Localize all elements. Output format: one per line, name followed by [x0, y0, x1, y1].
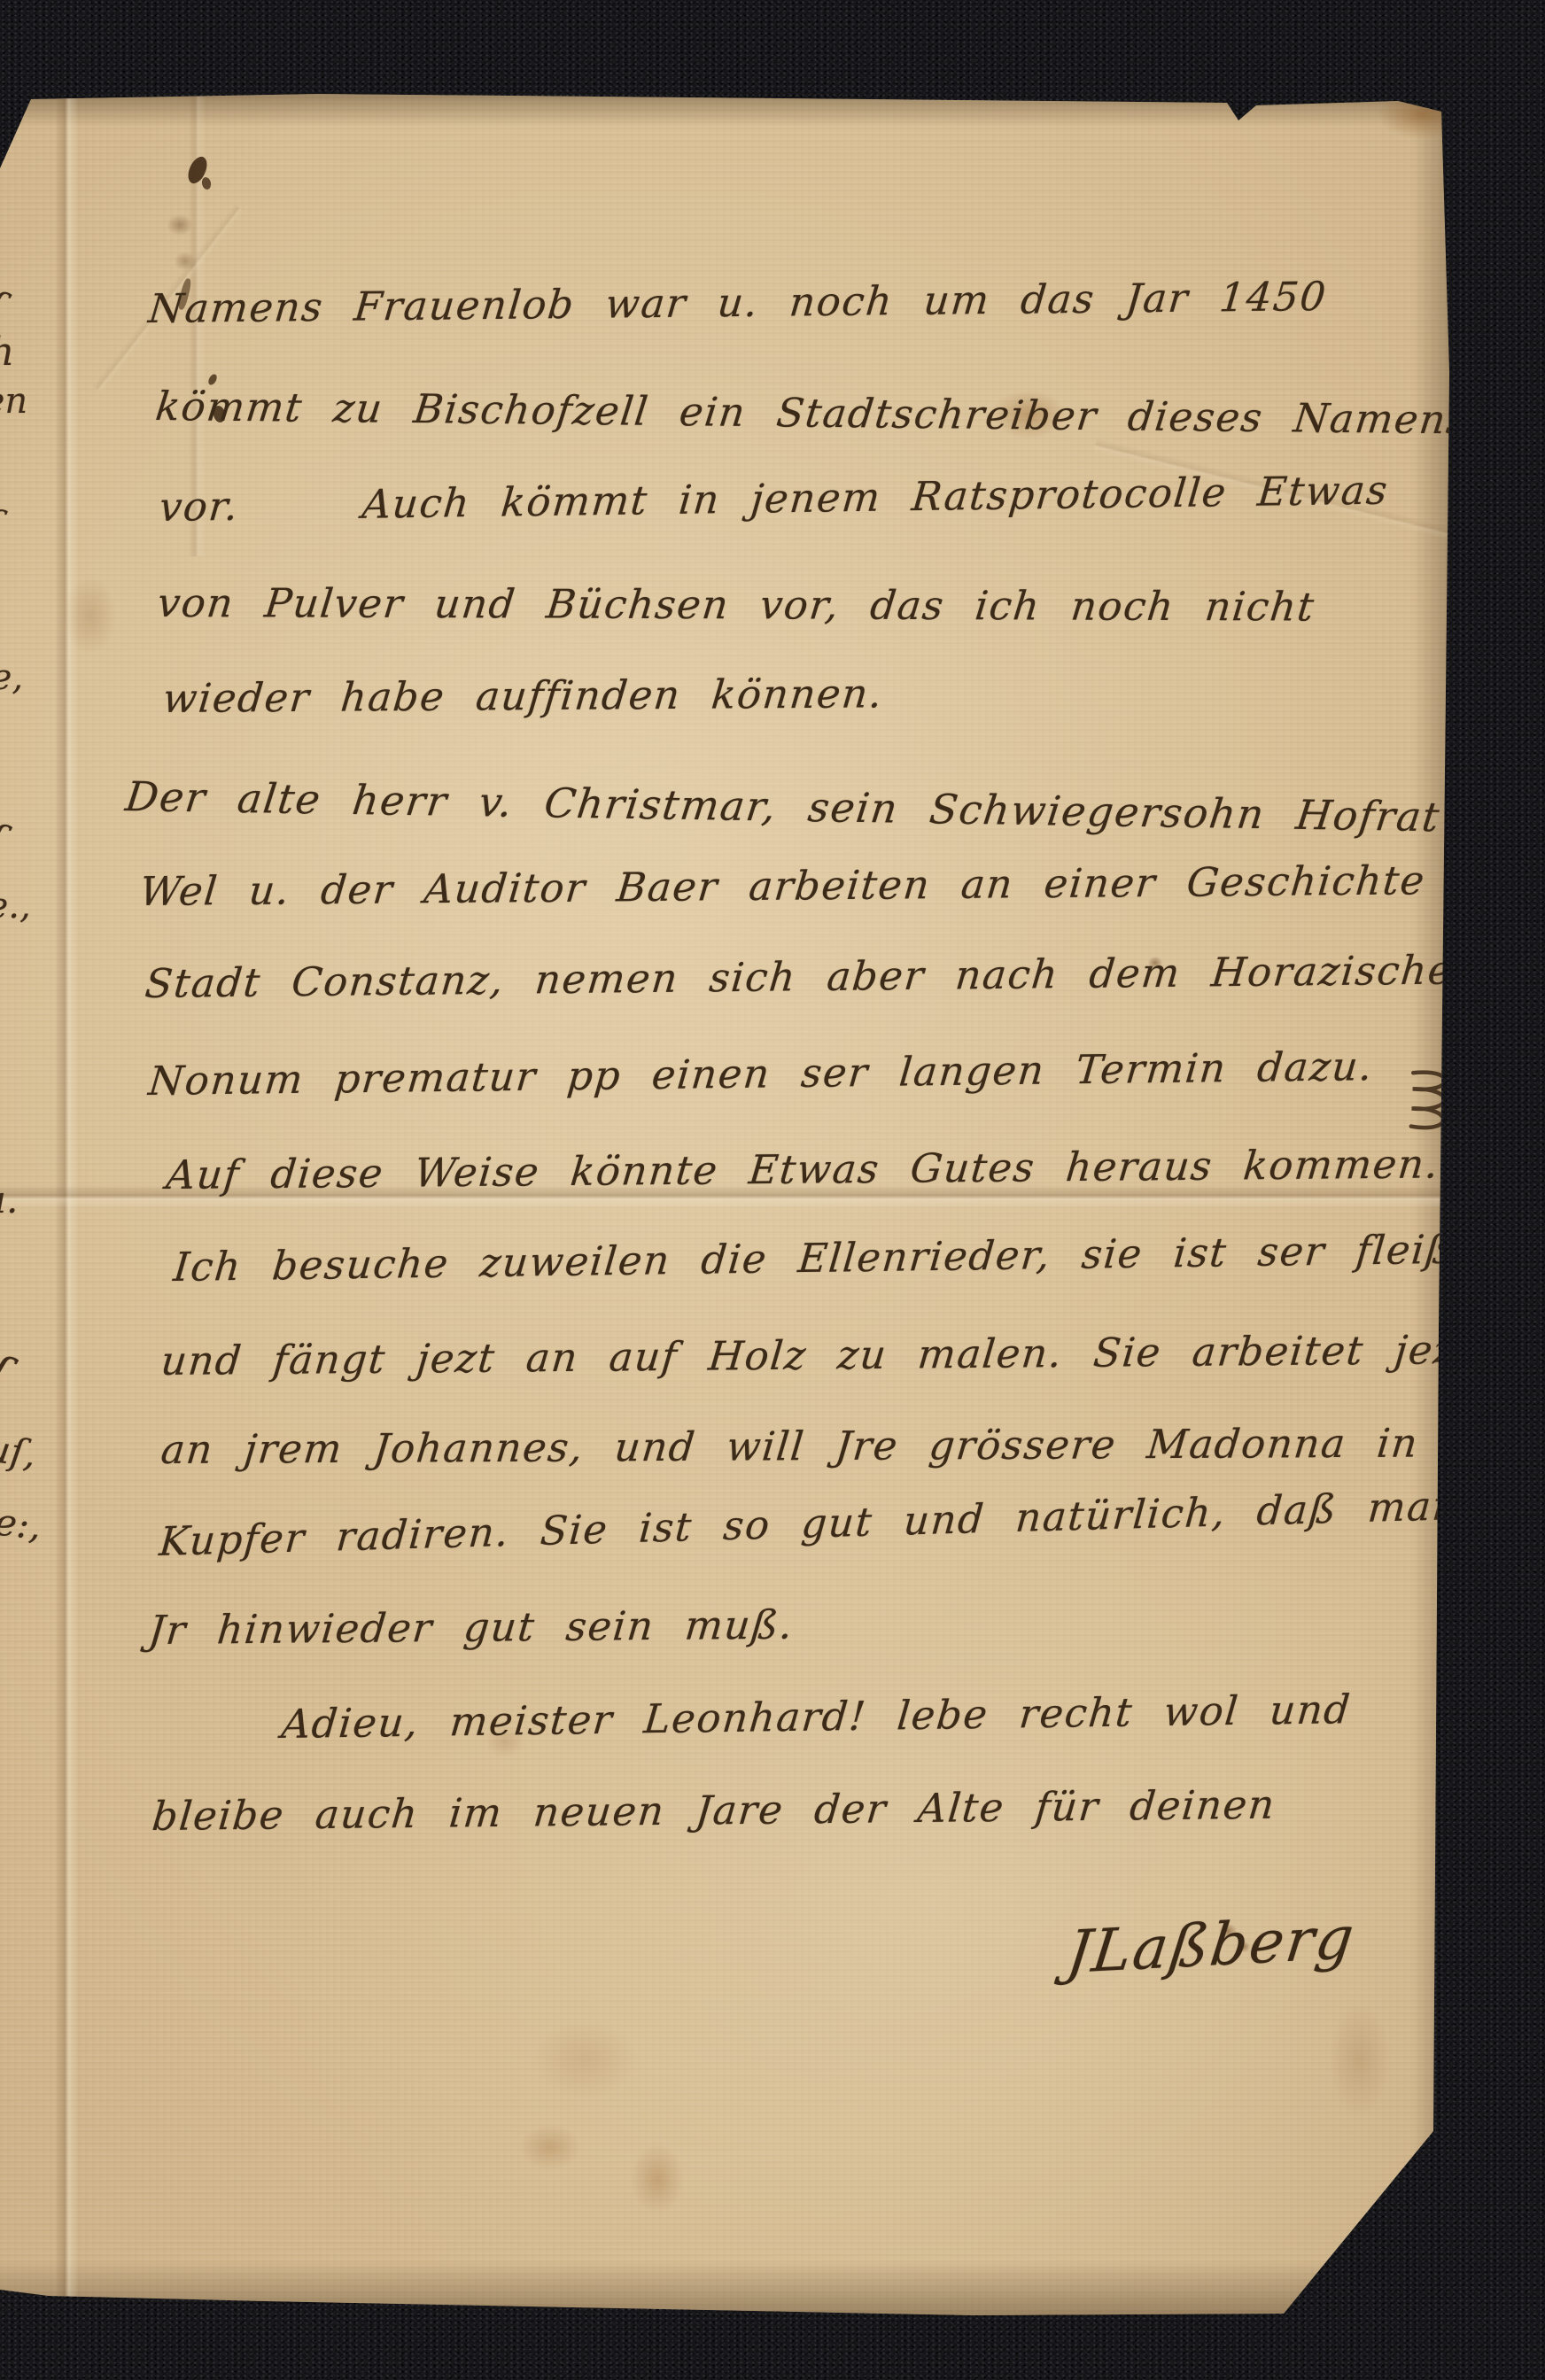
letter-line-12: und fängt jezt an auf Holz zu malen. Sie… [159, 1326, 1475, 1384]
letter-line-5: wieder habe auffinden können. [160, 670, 885, 722]
edge-fragment-1: ſ [0, 283, 9, 330]
paper-edge-shadow-top [0, 93, 1545, 127]
letter-line-1: Namens Frauenlob war u. noch um das Jar … [146, 273, 1329, 332]
letter-line-13: an jrem Johannes, und will Jre grössere … [159, 1420, 1420, 1473]
letter-line-3: vor. Auch kömmt in jenem Ratsprotocolle … [158, 467, 1391, 531]
ink-blot-tail [201, 176, 213, 190]
edge-fragment-5: ue, [0, 657, 23, 698]
edge-fragment-6: ſ [0, 814, 9, 864]
letter-line-8: Stadt Constanz, nemen sich aber nach dem… [143, 946, 1482, 1007]
stain-bottom-right-edge [1329, 2002, 1391, 2117]
stain-bottom-center [532, 2020, 638, 2099]
letter-line-14: Kupfer radiren. Sie ist so gut und natür… [158, 1482, 1461, 1565]
paper-edge-shadow-right [1412, 0, 1455, 2380]
stain-left-margin [64, 576, 117, 655]
ink-smudge-ring-1 [167, 214, 193, 236]
letter-line-4: von Pulver und Büchsen vor, das ich noch… [155, 579, 1317, 631]
edge-fragment-8: u. [0, 1178, 18, 1221]
letter-line-16: Adieu, meister Leonhard! lebe recht wol … [280, 1686, 1354, 1748]
letter-line-10: Auf diese Weise könnte Etwas Gutes herau… [164, 1140, 1441, 1198]
ink-blot-large [184, 154, 210, 187]
edge-fragment-3: nen [0, 381, 27, 422]
letter-line-9: Nonum prematur pp einen ser langen Termi… [147, 1043, 1376, 1105]
letter-page: Namens Frauenlob war u. noch um das Jar … [0, 0, 1545, 2380]
margin-flourish-squiggle [1390, 1058, 1465, 1155]
edge-fragment-11: dle:, [0, 1496, 43, 1547]
fox-spot-1 [519, 2124, 581, 2170]
letter-line-15: Jr hinwieder gut sein muß. [146, 1601, 796, 1654]
fold-crease-left [55, 93, 78, 2307]
letter-line-17: bleibe auch im neuen Jare der Alte für d… [150, 1781, 1277, 1840]
stain-top-right-corner [1378, 89, 1466, 140]
edge-fragment-9: ſ [0, 1345, 15, 1401]
ink-smudge-ring-2 [174, 252, 197, 271]
letter-line-2: kömmt zu Bischofzell ein Stadtschreiber … [153, 383, 1471, 443]
signature: JLaßberg [1063, 1903, 1359, 1988]
edge-fragment-7: de., [0, 886, 31, 926]
paper-edge-shadow-bottom [0, 2260, 1545, 2315]
edge-fragment-10: uuſ, [0, 1423, 39, 1476]
letter-line-7: Wel u. der Auditor Baer arbeiten an eine… [137, 856, 1531, 915]
letter-line-6: Der alte herr v. Christmar, sein Schwieg… [123, 772, 1443, 841]
edge-fragment-4: ſ [0, 500, 4, 546]
fox-spot-2 [631, 2144, 684, 2214]
edge-fragment-2: h [0, 329, 14, 375]
letter-line-11: Ich besuche zuweilen die Ellenrieder, si… [172, 1225, 1497, 1291]
photograph-of-letter: Namens Frauenlob war u. noch um das Jar … [0, 0, 1545, 2380]
